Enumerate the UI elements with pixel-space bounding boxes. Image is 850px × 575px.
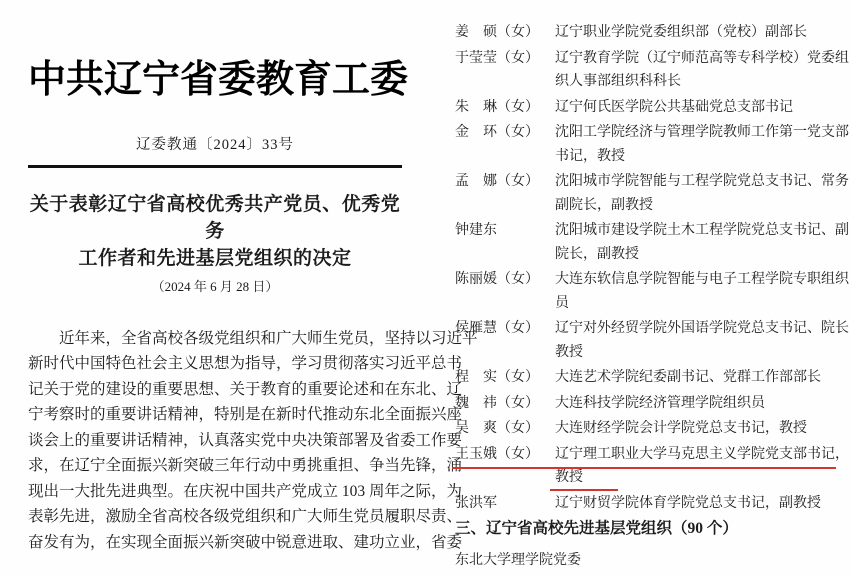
- section-heading: 三、辽宁省高校先进基层党组织（90 个）: [455, 518, 847, 540]
- decision-document-page: 中共辽宁省委教育工委 辽委教通〔2024〕33号 关于表彰辽宁省高校优秀共产党员…: [28, 0, 402, 555]
- awardee-description: 大连科技学院经济管理学院组织员: [555, 392, 847, 416]
- awardee-name: 姜 硕（女）: [455, 21, 555, 45]
- body-line: 近年来，全省高校各级党组织和广大师生党员，坚持以习近平: [28, 326, 402, 352]
- awardee-name: 陈丽媛（女）: [455, 268, 555, 315]
- list-item: 金 环（女） 沈阳工学院经济与管理学院教师工作第一党支部 书记，教授: [455, 121, 847, 168]
- list-item: 于莹莹（女） 辽宁教育学院（辽宁师范高等专科学校）党委组 织人事部组织科科长: [455, 47, 847, 94]
- awardee-description: 辽宁职业学院党委组织部（党校）副部长: [555, 21, 847, 45]
- body-line: 求，在辽宁全面振兴新突破三年行动中勇挑重担、争当先锋，涌: [28, 453, 402, 479]
- awardee-description: 大连财经学院会计学院党总支书记，教授: [555, 417, 847, 441]
- awardee-description: 辽宁教育学院（辽宁师范高等专科学校）党委组 织人事部组织科科长: [555, 47, 849, 94]
- document-title-line2: 工作者和先进基层党组织的决定: [28, 245, 402, 272]
- body-line: 记关于党的建设的重要思想、关于教育的重要论述和在东北、辽: [28, 377, 402, 403]
- list-item: 程 实（女） 大连艺术学院纪委副书记、党群工作部部长: [455, 366, 847, 390]
- list-item: 孟 娜（女） 沈阳城市学院智能与工程学院党总支书记、常务 副院长，副教授: [455, 170, 847, 217]
- awardee-name: 孟 娜（女）: [455, 170, 555, 217]
- document-number: 辽委教通〔2024〕33号: [28, 136, 402, 154]
- list-item: 张洪军 辽宁财贸学院体育学院党总支书记，副教授: [455, 492, 847, 516]
- awardee-name: 钟建东: [455, 219, 555, 266]
- body-line: 新时代中国特色社会主义思想为指导，学习贯彻落实习近平总书: [28, 351, 402, 377]
- issuing-authority-masthead: 中共辽宁省委教育工委: [28, 56, 402, 104]
- body-line: 谈会上的重要讲话精神，认真落实党中央决策部署及省委工作要: [28, 428, 402, 454]
- awardee-name: 魏 祎（女）: [455, 392, 555, 416]
- awardee-description: 辽宁何氏医学院公共基础党总支部书记: [555, 96, 847, 120]
- awardee-description: 辽宁财贸学院体育学院党总支书记，副教授: [555, 492, 847, 516]
- awardee-description: 沈阳城市学院智能与工程学院党总支书记、常务 副院长，副教授: [555, 170, 849, 217]
- body-line: 表彰先进，激励全省高校各级党组织和广大师生党员履职尽责、: [28, 504, 402, 530]
- masthead-divider-line: [28, 165, 402, 168]
- document-title: 关于表彰辽宁省高校优秀共产党员、优秀党务 工作者和先进基层党组织的决定: [28, 191, 402, 272]
- list-item: 东北大学理学院党委: [455, 549, 847, 573]
- list-item: 钟建东 沈阳城市建设学院土木工程学院党总支书记、副 院长，副教授: [455, 219, 847, 266]
- document-title-line1: 关于表彰辽宁省高校优秀共产党员、优秀党务: [28, 191, 402, 245]
- awardee-name: 金 环（女）: [455, 121, 555, 168]
- list-item: 吴 爽（女） 大连财经学院会计学院党总支书记，教授: [455, 417, 847, 441]
- awardee-description: 沈阳城市建设学院土木工程学院党总支书记、副 院长，副教授: [555, 219, 849, 266]
- awardee-name: 张洪军: [455, 492, 555, 516]
- body-paragraph: 近年来，全省高校各级党组织和广大师生党员，坚持以习近平 新时代中国特色社会主义思…: [28, 326, 402, 556]
- list-item: 魏 祎（女） 大连科技学院经济管理学院组织员: [455, 392, 847, 416]
- awardee-name: 程 实（女）: [455, 366, 555, 390]
- awardee-name: 朱 琳（女）: [455, 96, 555, 120]
- awardee-description: 大连艺术学院纪委副书记、党群工作部部长: [555, 366, 847, 390]
- list-item: 姜 硕（女） 辽宁职业学院党委组织部（党校）副部长: [455, 21, 847, 45]
- red-underline-mark: [452, 467, 836, 469]
- awardee-list-page: 姜 硕（女） 辽宁职业学院党委组织部（党校）副部长 于莹莹（女） 辽宁教育学院（…: [455, 21, 847, 573]
- list-item-highlighted: 王玉娥（女） 辽宁理工职业大学马克思主义学院党支部书记， 教授: [455, 443, 847, 490]
- awardee-name: 于莹莹（女）: [455, 47, 555, 94]
- document-date: （2024 年 6 月 28 日）: [28, 278, 402, 295]
- red-underline-mark-short: [550, 489, 618, 491]
- body-line: 宁考察时的重要讲话精神，特别是在新时代推动东北全面振兴座: [28, 402, 402, 428]
- list-item: 侯雁慧（女） 辽宁对外经贸学院外国语学院党总支书记、院长， 教授: [455, 317, 847, 364]
- body-line: 奋发有为，在实现全面振兴新突破中锐意进取、建功立业，省委: [28, 530, 402, 556]
- awardee-description: 大连东软信息学院智能与电子工程学院专职组织 员: [555, 268, 849, 315]
- awardee-name: 侯雁慧（女）: [455, 317, 555, 364]
- awardee-description: 辽宁对外经贸学院外国语学院党总支书记、院长， 教授: [555, 317, 850, 364]
- body-line: 现出一大批先进典型。在庆祝中国共产党成立 103 周年之际，为: [28, 479, 402, 505]
- awardee-description: 沈阳工学院经济与管理学院教师工作第一党支部 书记，教授: [555, 121, 849, 168]
- list-item: 陈丽媛（女） 大连东软信息学院智能与电子工程学院专职组织 员: [455, 268, 847, 315]
- awardee-name: 吴 爽（女）: [455, 417, 555, 441]
- scanned-document: 中共辽宁省委教育工委 辽委教通〔2024〕33号 关于表彰辽宁省高校优秀共产党员…: [0, 0, 850, 575]
- list-item: 朱 琳（女） 辽宁何氏医学院公共基础党总支部书记: [455, 96, 847, 120]
